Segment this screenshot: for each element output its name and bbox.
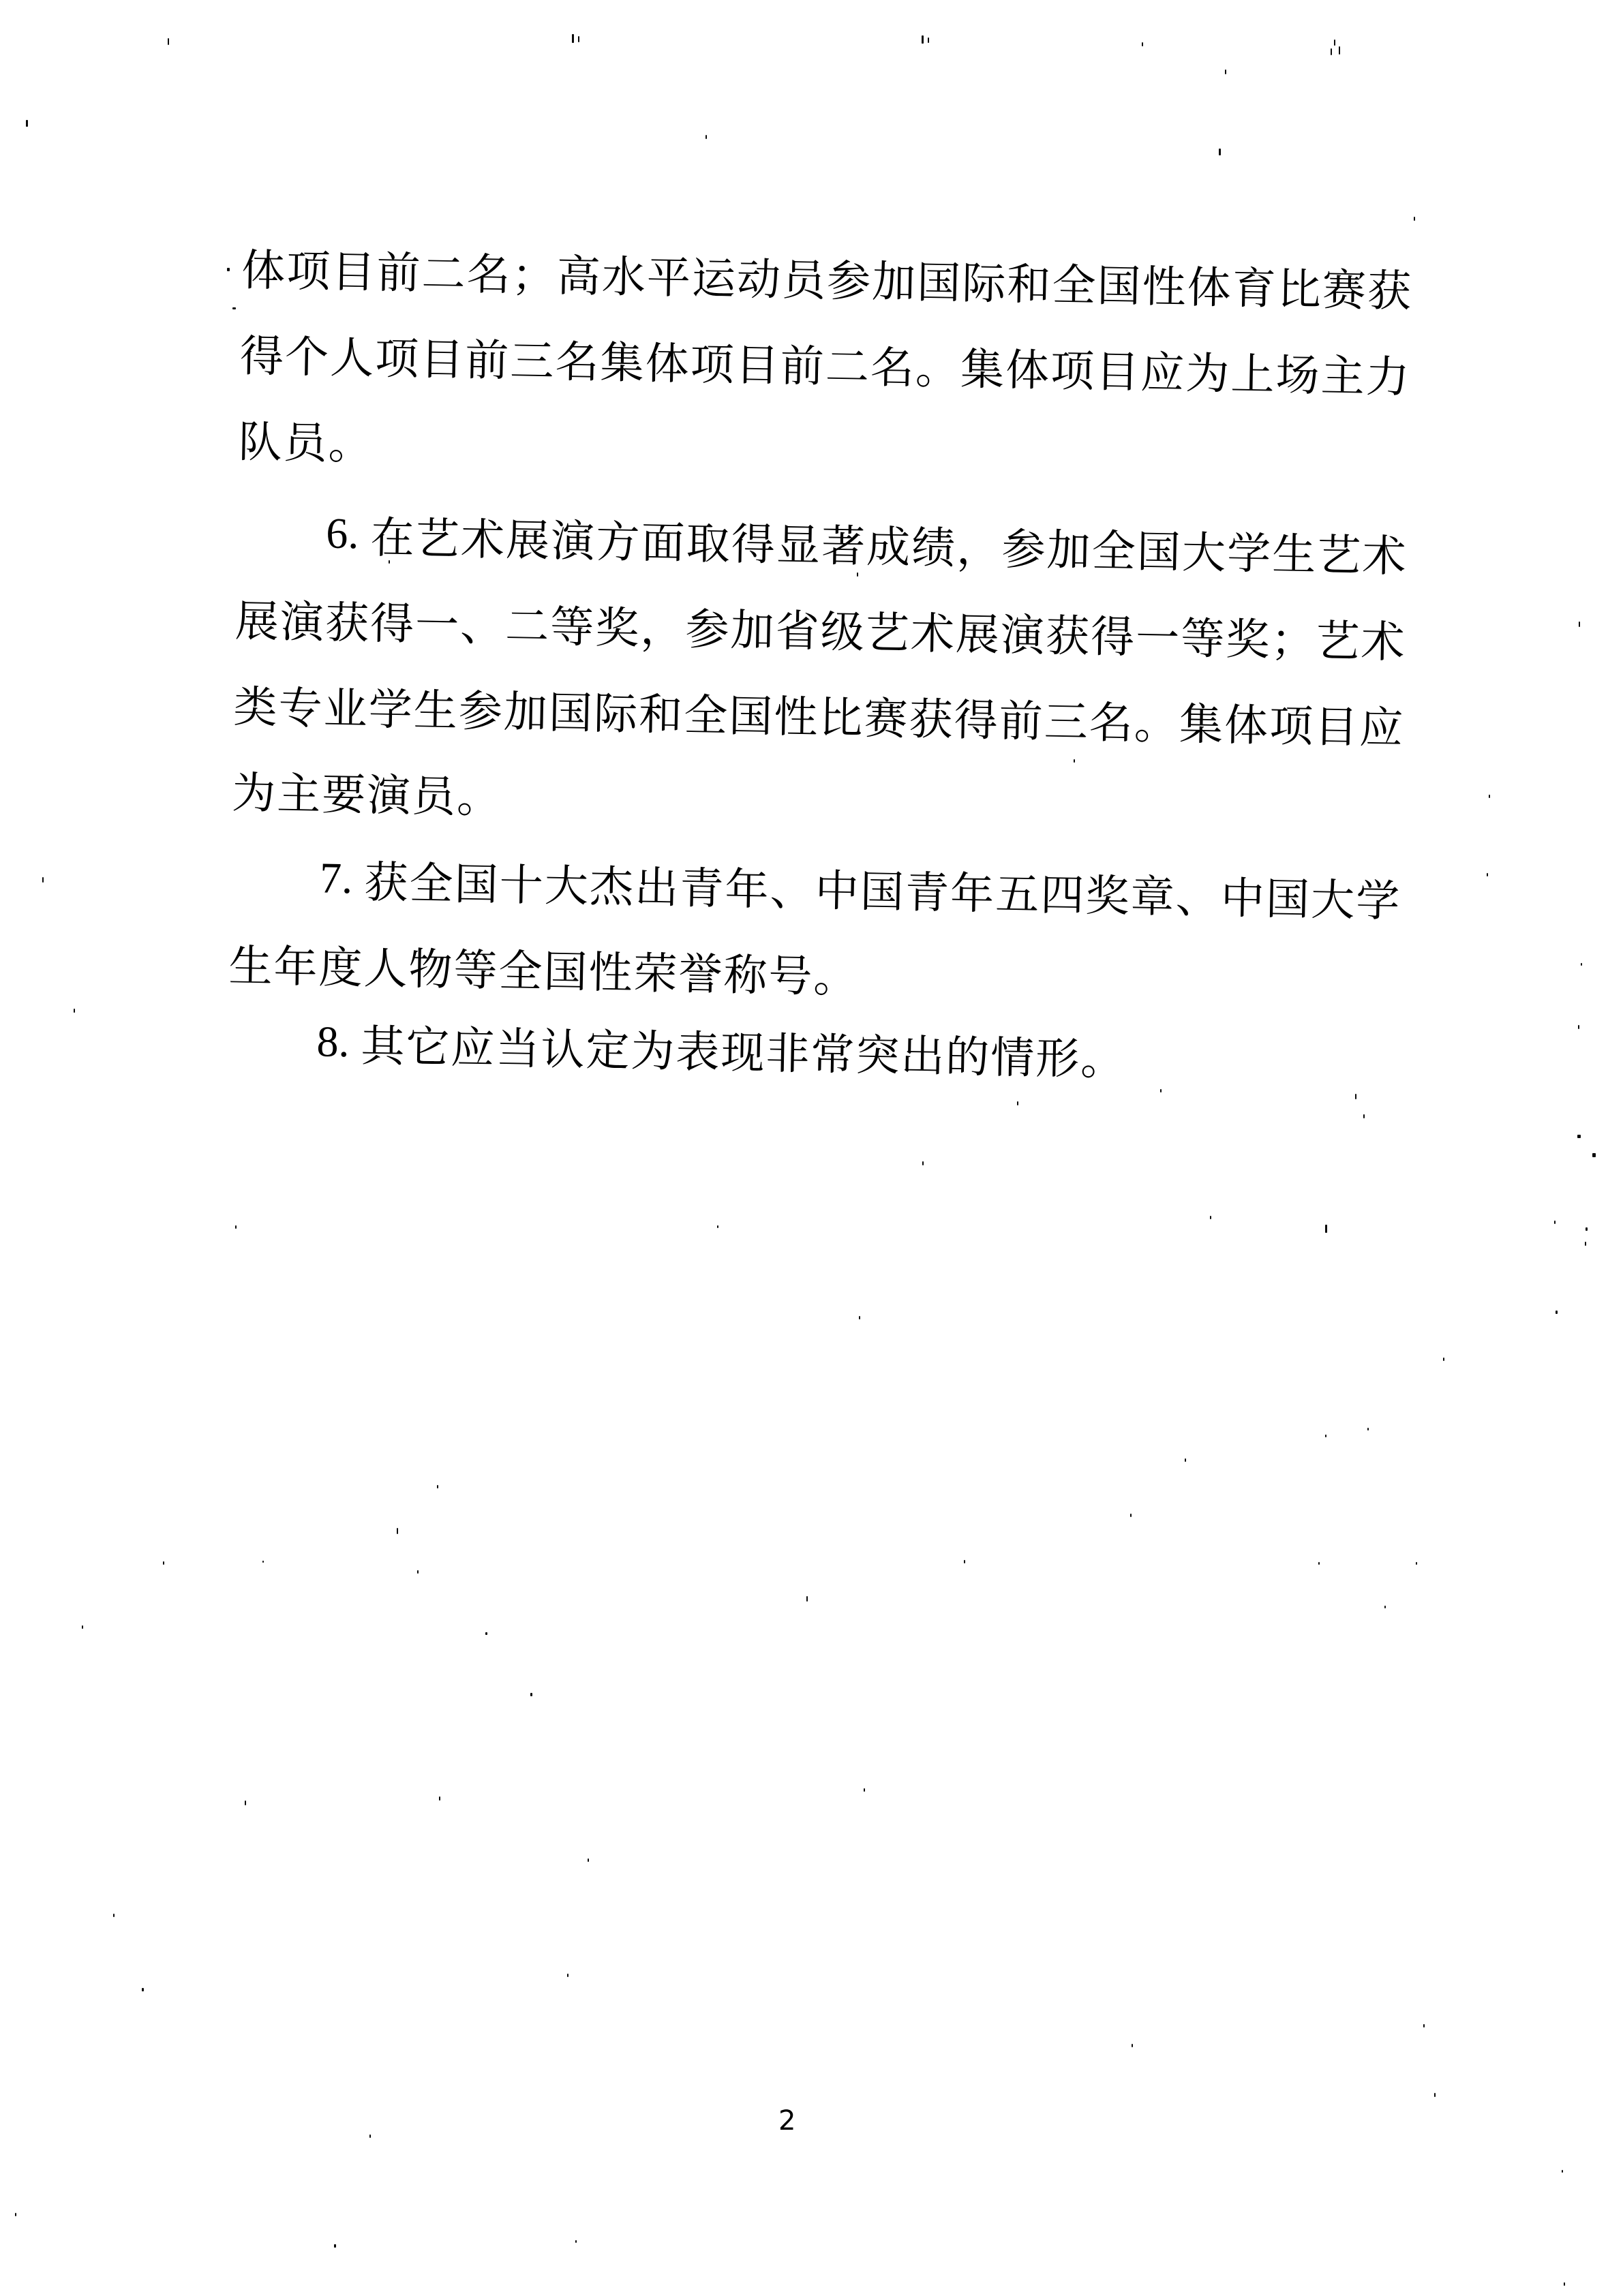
scan-speck [1489, 795, 1490, 798]
scan-speck [1556, 1311, 1558, 1314]
scan-speck [964, 1560, 965, 1563]
scan-speck [928, 37, 929, 43]
scan-speck [369, 2134, 371, 2138]
scan-speck [1443, 1358, 1444, 1361]
scan-speck [1017, 1101, 1018, 1105]
scan-speck [1423, 2024, 1425, 2027]
scan-speck [168, 38, 169, 45]
scan-speck [864, 1788, 865, 1792]
scan-speck [1562, 2170, 1563, 2173]
scan-speck [1210, 1216, 1211, 1219]
scan-speck [42, 877, 44, 883]
page-number: 2 [778, 2107, 795, 2134]
scan-speck [82, 1625, 83, 1629]
scan-speck [1579, 622, 1580, 627]
scan-speck [1578, 1025, 1579, 1029]
scan-speck [334, 2244, 336, 2248]
scan-speck [1416, 1562, 1417, 1565]
paragraph-continuation: 体项目前二名；高水平运动员参加国际和全国性体育比赛获得个人项目前三名集体项目前二… [237, 224, 1413, 502]
scan-speck [26, 120, 28, 127]
scan-speck [1581, 963, 1582, 966]
scan-speck [806, 1596, 808, 1602]
scan-speck [922, 1161, 924, 1165]
scan-speck [530, 1693, 532, 1696]
scan-speck [1367, 1428, 1369, 1430]
scan-speck [397, 1528, 398, 1534]
scan-speck [1363, 1114, 1365, 1118]
paragraph-item-7: 7. 获全国十大杰出青年、中国青年五四奖章、中国大学生年度人物等全国性荣誉称号。 [228, 833, 1401, 1026]
scan-speck [922, 35, 924, 44]
first-line-indent [227, 1040, 317, 1041]
scan-speck [567, 1974, 568, 1977]
scan-speck [1219, 149, 1221, 155]
scan-speck [1487, 873, 1488, 876]
scan-speck [1564, 2282, 1565, 2286]
scan-speck [588, 1858, 589, 1862]
scan-speck [578, 36, 579, 42]
scan-speck [1130, 1514, 1132, 1517]
scan-speck [74, 1009, 75, 1013]
scan-speck [437, 1485, 438, 1488]
scan-speck [142, 1988, 144, 1991]
scan-speck [439, 1796, 440, 1801]
scan-speck [1334, 40, 1335, 46]
scan-speck [1355, 1094, 1356, 1099]
scan-speck [1384, 1606, 1386, 1608]
scan-speck [1339, 46, 1340, 55]
scan-speck [1414, 217, 1415, 221]
scan-speck [1160, 1089, 1162, 1092]
scan-speck [485, 1632, 487, 1635]
scan-speck [15, 2213, 16, 2216]
scan-speck [572, 34, 574, 43]
scanned-page: 体项目前二名；高水平运动员参加国际和全国性体育比赛获得个人项目前三名集体项目前二… [0, 0, 1623, 2296]
scan-speck [262, 1561, 264, 1563]
scan-speck [1325, 1435, 1326, 1437]
scan-speck [1325, 1225, 1327, 1233]
scan-speck [389, 560, 390, 564]
scan-speck [1132, 2044, 1133, 2047]
scan-speck [1142, 42, 1143, 46]
scan-speck [1185, 1458, 1186, 1462]
scan-speck [1585, 1242, 1586, 1246]
scan-speck [1592, 1153, 1596, 1157]
scan-speck [575, 2240, 577, 2243]
scan-speck [1434, 2093, 1436, 2097]
scan-speck [706, 135, 707, 139]
first-line-indent [236, 532, 326, 533]
scan-speck [1586, 1227, 1588, 1231]
scan-speck [113, 1914, 115, 1917]
scan-speck [245, 1801, 246, 1805]
scan-speck [227, 268, 230, 271]
paragraph-item-6: 6. 在艺术展演方面取得显著成绩，参加全国大学生艺术展演获得一、二等奖，参加省级… [230, 489, 1408, 853]
scan-speck [1225, 70, 1226, 74]
scan-speck [235, 1225, 237, 1229]
scan-speck [1331, 48, 1332, 55]
document-text: 体项目前二名；高水平运动员参加国际和全国性体育比赛获得个人项目前三名集体项目前二… [226, 224, 1412, 1104]
scan-speck [717, 1225, 718, 1228]
first-line-indent [230, 876, 320, 878]
scan-speck [232, 307, 236, 309]
scan-speck [1074, 759, 1075, 763]
scan-speck [859, 1316, 860, 1319]
scan-speck [1577, 1135, 1581, 1138]
scan-speck [1554, 1221, 1556, 1224]
scan-speck [417, 1570, 419, 1574]
scan-speck [163, 1561, 164, 1565]
scan-speck [857, 572, 858, 577]
scan-speck [1318, 1562, 1320, 1565]
